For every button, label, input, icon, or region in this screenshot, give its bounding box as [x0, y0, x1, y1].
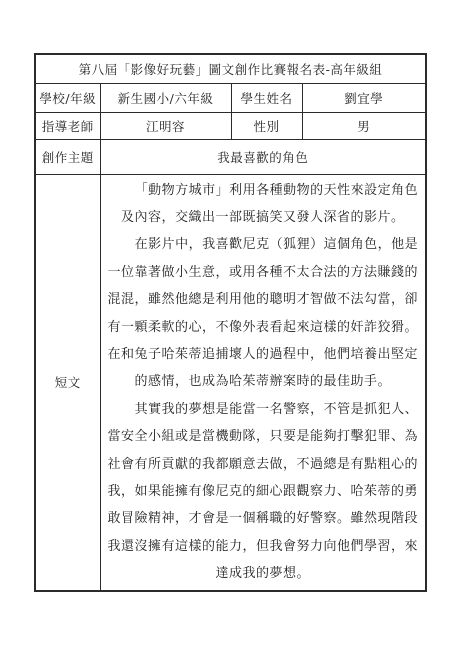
form-title-row: 第八屆「影像好玩藝」圖文創作比賽報名表-高年級組: [35, 54, 426, 83]
theme-value: 我最喜歡的角色: [100, 139, 426, 174]
student-name-value: 劉宜學: [302, 83, 426, 112]
essay-label: 短文: [35, 174, 100, 591]
school-grade-value: 新生國小/六年級: [100, 83, 231, 112]
essay-paragraph-2: 在影片中，我喜歡尼克（狐狸）這個角色，他是一位靠著做小生意，或用各種不太合法的方…: [104, 231, 423, 395]
essay-row: 短文 「動物方城市」利用各種動物的天性來設定角色及內容，交織出一部既搞笑又發人深…: [35, 174, 426, 591]
essay-paragraph-3: 其實我的夢想是能當一名警察，不管是抓犯人、當安全小組或是當機動隊，只要是能夠打擊…: [104, 396, 423, 588]
teacher-value: 江明容: [100, 112, 231, 139]
registration-form-table: 第八屆「影像好玩藝」圖文創作比賽報名表-高年級組 學校/年級 新生國小/六年級 …: [34, 53, 427, 592]
essay-body: 「動物方城市」利用各種動物的天性來設定角色及內容，交織出一部既搞笑又發人深省的影…: [100, 174, 426, 591]
teacher-gender-row: 指導老師 江明容 性別 男: [35, 112, 426, 139]
essay-paragraph-1: 「動物方城市」利用各種動物的天性來設定角色及內容，交織出一部既搞笑又發人深省的影…: [104, 177, 423, 232]
scanned-document-page: 第八屆「影像好玩藝」圖文創作比賽報名表-高年級組 學校/年級 新生國小/六年級 …: [0, 0, 458, 648]
teacher-label: 指導老師: [35, 112, 100, 139]
gender-value: 男: [302, 112, 426, 139]
creation-theme-row: 創作主題 我最喜歡的角色: [35, 139, 426, 174]
gender-label: 性別: [231, 112, 302, 139]
form-title: 第八屆「影像好玩藝」圖文創作比賽報名表-高年級組: [35, 54, 426, 83]
student-name-label: 學生姓名: [231, 83, 302, 112]
school-student-row: 學校/年級 新生國小/六年級 學生姓名 劉宜學: [35, 83, 426, 112]
theme-label: 創作主題: [35, 139, 100, 174]
school-grade-label: 學校/年級: [35, 83, 100, 112]
